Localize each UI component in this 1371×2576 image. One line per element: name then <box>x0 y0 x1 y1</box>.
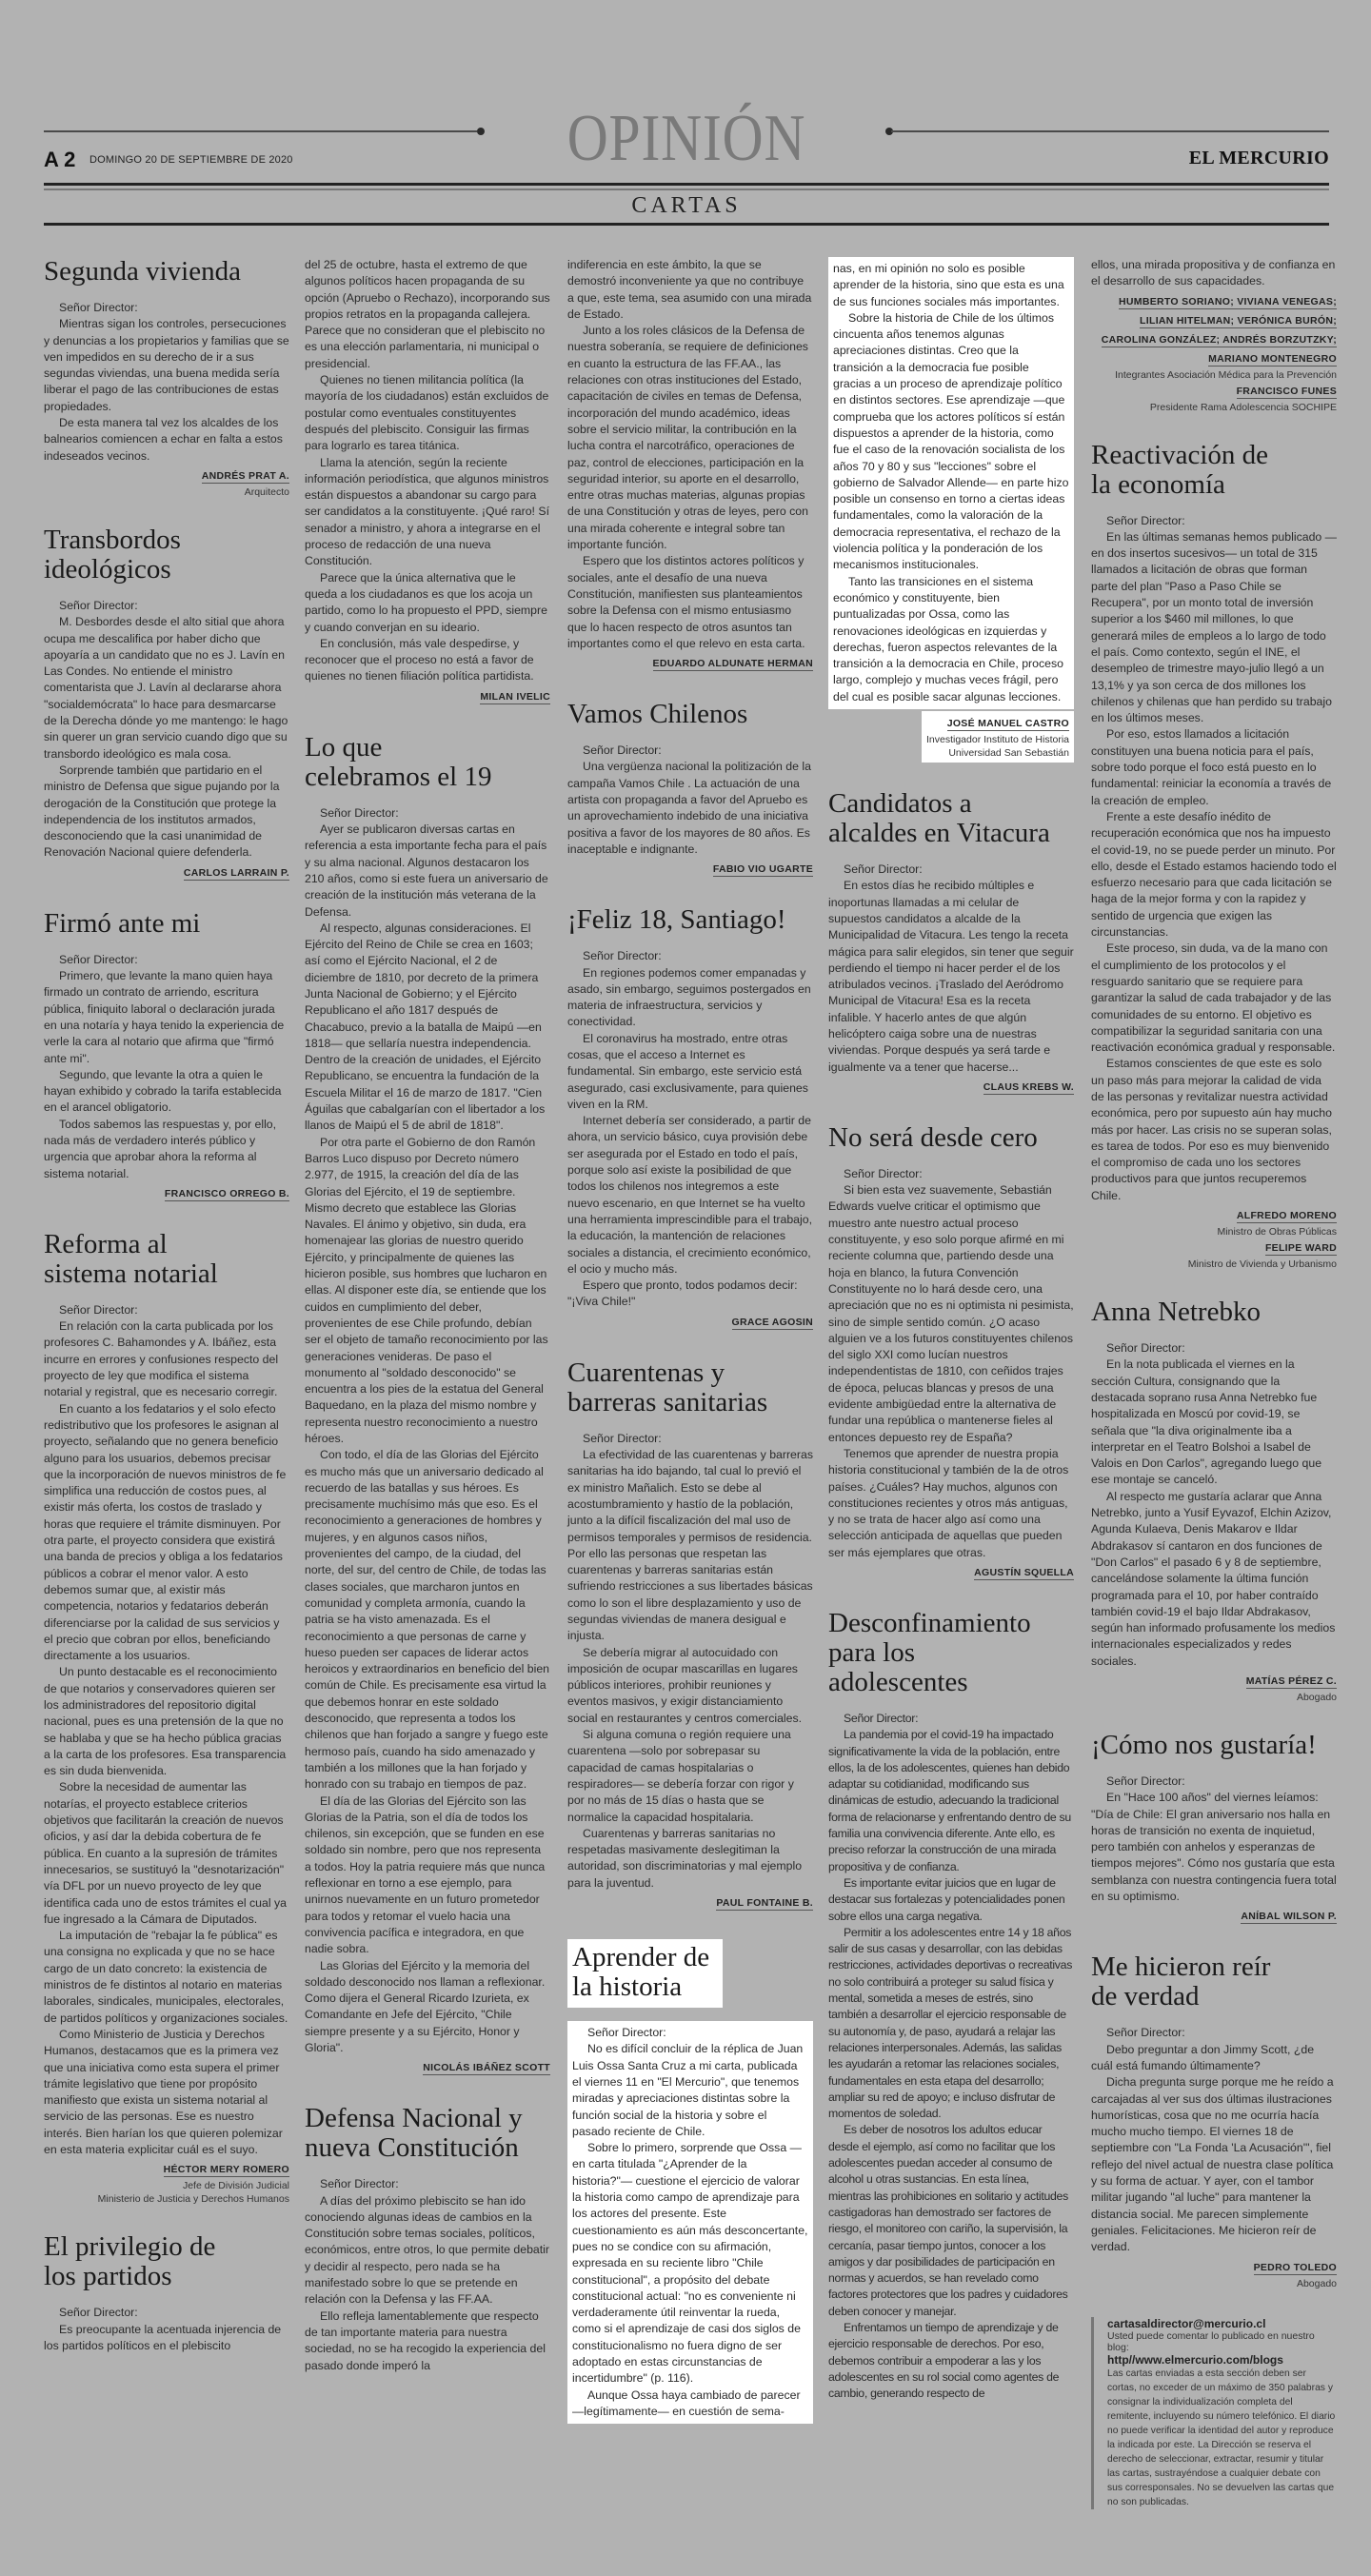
author-name: CLAUS KREBS W. <box>984 1081 1074 1095</box>
letter-paragraph: El día de las Glorias del Ejército son l… <box>305 1793 550 1958</box>
letter-signature: ANÍBAL WILSON P. <box>1091 1907 1337 1926</box>
letter-signature: ANDRÉS PRAT A. Arquitecto <box>44 466 289 499</box>
author-name: FABIO VIO UGARTE <box>713 863 813 877</box>
letter-paragraph: Sobre la necesidad de aumentar las notar… <box>44 1779 289 1928</box>
letter-paragraph: En conclusión, más vale despedirse, y re… <box>305 636 550 685</box>
letter-paragraph: En regiones podemos comer empanadas y as… <box>567 965 813 1031</box>
letter-greeting: Señor Director: <box>44 1302 289 1318</box>
letter-signature: GRACE AGOSIN <box>567 1313 813 1332</box>
letter-greeting: Señor Director: <box>572 2025 808 2041</box>
author-title: Abogado <box>1091 2277 1337 2290</box>
author-name: CARLOS LARRAIN P. <box>184 867 289 881</box>
letter-paragraph: En cuanto a los fedatarios y el solo efe… <box>44 1401 289 1665</box>
letter-greeting: Señor Director: <box>305 2176 550 2192</box>
letter-paragraph: Quienes no tienen militancia política (l… <box>305 372 550 454</box>
letter-headline: Aprender de la historia <box>572 1943 715 2002</box>
author-name: MATÍAS PÉREZ C. <box>1246 1675 1337 1689</box>
author-name: AGUSTÍN SQUELLA <box>974 1567 1074 1580</box>
author-title: Jefe de División Judicial <box>44 2179 289 2192</box>
letter-paragraph: Internet debería ser considerado, a part… <box>567 1113 813 1278</box>
letter-headline: Lo que celebramos el 19 <box>305 733 505 792</box>
letter-headline: ¡Feliz 18, Santiago! <box>567 905 813 935</box>
author-name: FRANCISCO FUNES <box>1237 386 1337 399</box>
letter-paragraph: Dicha pregunta surge porque me he reído … <box>1091 2074 1337 2255</box>
letter-headline: Reforma al sistema notarial <box>44 1230 234 1289</box>
letter-paragraph: La imputación de "rebajar la fe pública"… <box>44 1928 289 2027</box>
letter-reactivacion-economia: Reactivación de la economía Señor Direct… <box>1091 441 1337 1271</box>
letter-firmo-ante-mi: Firmó ante mi Señor Director: Primero, q… <box>44 909 289 1203</box>
letter-paragraph: Por eso, estos llamados a licitación con… <box>1091 726 1337 808</box>
letter-vamos-chilenos: Vamos Chilenos Señor Director: Una vergü… <box>567 700 813 879</box>
letter-greeting: Señor Director: <box>305 805 550 822</box>
author-title: Abogado <box>1091 1691 1337 1704</box>
letter-paragraph: Todos sabemos las respuestas y, por ello… <box>44 1117 289 1182</box>
letter-privilegio-partidos: El privilegio de los partidos Señor Dire… <box>44 2232 289 2354</box>
divider <box>44 183 1329 186</box>
letter-paragraph: No es difícil concluir de la réplica de … <box>572 2041 808 2140</box>
column-3: indiferencia en este ámbito, la que se d… <box>567 257 813 2450</box>
author-name: HUMBERTO SORIANO; VIVIANA VENEGAS; <box>1119 296 1337 309</box>
letter-paragraph: Es deber de nosotros los adultos educar … <box>828 2122 1074 2320</box>
letter-greeting: Señor Director: <box>828 1166 1074 1182</box>
author-name: NICOLÁS IBÁÑEZ SCOTT <box>423 2062 550 2075</box>
letter-paragraph: Como Ministerio de Justicia y Derechos H… <box>44 2027 289 2158</box>
letter-body: Señor Director: A días del próximo plebi… <box>305 2176 550 2374</box>
letter-greeting: Señor Director: <box>1091 1773 1337 1790</box>
letter-headline: ¡Cómo nos gustaría! <box>1091 1731 1337 1760</box>
divider <box>44 223 1329 226</box>
author-name: CAROLINA GONZÁLEZ; ANDRÉS BORZUTZKY; <box>1102 334 1337 347</box>
letter-headline: Reactivación de la economía <box>1091 441 1291 500</box>
letter-greeting: Señor Director: <box>828 1711 1074 1727</box>
letter-signature: AGUSTÍN SQUELLA <box>828 1563 1074 1582</box>
letter-paragraph: Al respecto, algunas consideraciones. El… <box>305 921 550 1135</box>
author-title: Ministro de Vivienda y Urbanismo <box>1091 1258 1337 1271</box>
letter-paragraph: Permitir a los adolescentes entre 14 y 1… <box>828 1925 1074 2123</box>
author-name: JOSÉ MANUEL CASTRO <box>947 718 1069 731</box>
letter-paragraph: En la nota publicada el viernes en la se… <box>1091 1357 1337 1488</box>
letter-greeting: Señor Director: <box>44 952 289 968</box>
letter-paragraph: La pandemia por el covid-19 ha impactado… <box>828 1727 1074 1875</box>
column-5: ellos, una mirada propositiva y de confi… <box>1091 257 1337 2509</box>
letter-defensa-nacional-continued: indiferencia en este ámbito, la que se d… <box>567 257 813 673</box>
letter-body: Señor Director: En la nota publicada el … <box>1091 1340 1337 1670</box>
letter-desconfinamiento: Desconfinamiento para los adolescentes S… <box>828 1609 1074 2402</box>
letter-body: Señor Director: La efectividad de las cu… <box>567 1431 813 1892</box>
letter-paragraph: Se debería migrar al autocuidado con imp… <box>567 1645 813 1727</box>
letter-signature: MILAN IVELIC <box>305 687 550 706</box>
letter-signature: MATÍAS PÉREZ C. Abogado <box>1091 1672 1337 1704</box>
letter-greeting: Señor Director: <box>1091 1340 1337 1357</box>
letter-paragraph: Espero que pronto, todos podamos decir: … <box>567 1278 813 1311</box>
masthead-rule-right <box>891 130 1329 132</box>
letter-candidatos-vitacura: Candidatos a alcaldes en Vitacura Señor … <box>828 789 1074 1097</box>
letter-body: Señor Director: En relación con la carta… <box>44 1302 289 2158</box>
letter-body: Señor Director: Debo preguntar a don Jim… <box>1091 2025 1337 2255</box>
letter-defensa-nacional: Defensa Nacional y nueva Constitución Se… <box>305 2104 550 2374</box>
letter-signature: ALFREDO MORENO Ministro de Obras Pública… <box>1091 1206 1337 1271</box>
letter-anna-netrebko: Anna Netrebko Señor Director: En la nota… <box>1091 1298 1337 1704</box>
letter-paragraph: Un punto destacable es el reconocimiento… <box>44 1664 289 1779</box>
letter-paragraph: Estamos conscientes de que este es solo … <box>1091 1056 1337 1204</box>
letter-greeting: Señor Director: <box>1091 513 1337 529</box>
submission-info-box: cartasaldirector@mercurio.cl Usted puede… <box>1091 2317 1337 2509</box>
letter-signature: HÉCTOR MERY ROMERO Jefe de División Judi… <box>44 2160 289 2206</box>
letter-body: Señor Director: En "Hace 100 años" del v… <box>1091 1773 1337 1905</box>
letter-paragraph: Tanto las transiciones en el sistema eco… <box>833 574 1069 705</box>
letter-paragraph: Tenemos que aprender de nuestra propia h… <box>828 1446 1074 1561</box>
author-name: GRACE AGOSIN <box>732 1317 813 1330</box>
author-name: HÉCTOR MERY ROMERO <box>164 2164 289 2177</box>
letter-body: del 25 de octubre, hasta el extremo de q… <box>305 257 550 685</box>
letter-headline: Transbordos ideológicos <box>44 525 234 585</box>
letter-aprender-historia-continued: nas, en mi opinión no solo es posible ap… <box>828 257 1074 763</box>
letter-reforma-notarial: Reforma al sistema notarial Señor Direct… <box>44 1230 289 2206</box>
contact-email-link[interactable]: cartasaldirector@mercurio.cl <box>1107 2317 1337 2330</box>
column-2: del 25 de octubre, hasta el extremo de q… <box>305 257 550 2401</box>
author-name: LILIAN HITELMAN; VERÓNICA BURÓN; <box>1140 315 1337 328</box>
letter-privilegio-partidos-continued: del 25 de octubre, hasta el extremo de q… <box>305 257 550 706</box>
author-name: PAUL FONTAINE B. <box>716 1897 813 1911</box>
letter-signature: CARLOS LARRAIN P. <box>44 863 289 882</box>
newspaper-logo: EL MERCURIO <box>1189 148 1329 169</box>
author-organization: Universidad San Sebastián <box>926 746 1069 760</box>
highlighted-headline: Aprender de la historia <box>567 1939 723 2008</box>
author-title: Integrantes Asociación Médica para la Pr… <box>1091 368 1337 382</box>
letter-body: ellos, una mirada propositiva y de confi… <box>1091 257 1337 290</box>
letter-paragraph: Con todo, el día de las Glorias del Ejér… <box>305 1447 550 1793</box>
letter-paragraph: Si bien esta vez suavemente, Sebastián E… <box>828 1182 1074 1446</box>
letter-headline: Vamos Chilenos <box>567 700 813 729</box>
letter-body: Señor Director: En estos días he recibid… <box>828 862 1074 1076</box>
letter-headline: No será desde cero <box>828 1123 1074 1153</box>
letter-feliz-18: ¡Feliz 18, Santiago! Señor Director: En … <box>567 905 813 1332</box>
author-organization: Ministerio de Justicia y Derechos Humano… <box>44 2192 289 2206</box>
blog-url-link[interactable]: http//www.elmercurio.com/blogs <box>1107 2353 1337 2367</box>
letter-paragraph: En "Hace 100 años" del viernes leíamos: … <box>1091 1790 1337 1905</box>
letter-paragraph: Ello refleja lamentablemente que respect… <box>305 2308 550 2374</box>
letter-greeting: Señor Director: <box>567 743 813 759</box>
letter-paragraph: ellos, una mirada propositiva y de confi… <box>1091 257 1337 290</box>
letter-body: Señor Director: La pandemia por el covid… <box>828 1711 1074 2402</box>
letter-greeting: Señor Director: <box>1091 2025 1337 2041</box>
letter-headline: Desconfinamiento para los adolescentes <box>828 1609 1047 1697</box>
letter-paragraph: En las últimas semanas hemos publicado —… <box>1091 529 1337 727</box>
letter-paragraph: Ayer se publicaron diversas cartas en re… <box>305 822 550 921</box>
letter-paragraph: Llama la atención, según la reciente inf… <box>305 455 550 570</box>
letter-paragraph: Si alguna comuna o región requiere una c… <box>567 1727 813 1826</box>
letter-body: Señor Director: Ayer se publicaron diver… <box>305 805 550 2057</box>
letter-cuarentenas: Cuarentenas y barreras sanitarias Señor … <box>567 1358 813 1912</box>
issue-date: DOMINGO 20 DE SEPTIEMBRE DE 2020 <box>89 154 293 166</box>
letter-no-sera-desde-cero: No será desde cero Señor Director: Si bi… <box>828 1123 1074 1582</box>
letter-signature: CLAUS KREBS W. <box>828 1078 1074 1097</box>
letter-body: Señor Director: Primero, que levante la … <box>44 952 289 1182</box>
letter-paragraph: Al respecto me gustaría aclarar que Anna… <box>1091 1489 1337 1670</box>
letter-paragraph: Aunque Ossa haya cambiado de parecer —le… <box>572 2388 808 2421</box>
letter-headline: Cuarentenas y barreras sanitarias <box>567 1358 786 1417</box>
letter-signature: PAUL FONTAINE B. <box>567 1893 813 1912</box>
letter-paragraph: del 25 de octubre, hasta el extremo de q… <box>305 257 550 372</box>
letter-headline: El privilegio de los partidos <box>44 2232 234 2291</box>
letter-paragraph: Primero, que levante la mano quien haya … <box>44 968 289 1067</box>
highlighted-letter-body: nas, en mi opinión no solo es posible ap… <box>828 257 1074 709</box>
author-name: MILAN IVELIC <box>480 691 550 704</box>
letter-body: Señor Director: En regiones podemos come… <box>567 948 813 1311</box>
letter-signature: PEDRO TOLEDO Abogado <box>1091 2258 1337 2290</box>
letter-greeting: Señor Director: <box>44 2305 289 2321</box>
masthead: OPINIÓN A 2 DOMINGO 20 DE SEPTIEMBRE DE … <box>44 95 1329 228</box>
letter-paragraph: Es preocupante la acentuada injerencia d… <box>44 2322 289 2355</box>
letter-headline: Defensa Nacional y nueva Constitución <box>305 2104 550 2163</box>
letter-paragraph: Es importante evitar juicios que en luga… <box>828 1875 1074 1925</box>
letter-greeting: Señor Director: <box>567 948 813 964</box>
letter-greeting: Señor Director: <box>44 300 289 316</box>
letter-body: indiferencia en este ámbito, la que se d… <box>567 257 813 652</box>
letter-paragraph: nas, en mi opinión no solo es posible ap… <box>833 261 1069 310</box>
highlighted-letter-body: Señor Director: No es difícil concluir d… <box>567 2021 813 2424</box>
column-4: nas, en mi opinión no solo es posible ap… <box>828 257 1074 2428</box>
letter-body: Señor Director: Es preocupante la acentu… <box>44 2305 289 2354</box>
letter-paragraph: Sorprende también que partidario en el m… <box>44 763 289 862</box>
author-title: Investigador Instituto de Historia <box>926 733 1069 746</box>
author-name: EDUARDO ALDUNATE HERMAN <box>653 658 813 671</box>
letter-paragraph: La efectividad de las cuarentenas y barr… <box>567 1447 813 1645</box>
submission-rules: Las cartas enviadas a esta sección deben… <box>1107 2367 1337 2509</box>
letter-headline: Candidatos a alcaldes en Vitacura <box>828 789 1057 848</box>
highlighted-signature: JOSÉ MANUEL CASTRO Investigador Institut… <box>922 711 1074 763</box>
letter-body: Señor Director: Mientras sigan los contr… <box>44 300 289 465</box>
letter-paragraph: indiferencia en este ámbito, la que se d… <box>567 257 813 323</box>
blog-note: Usted puede comentar lo publicado en nue… <box>1107 2330 1337 2353</box>
letter-greeting: Señor Director: <box>44 598 289 614</box>
letter-signature: JOSÉ MANUEL CASTRO Investigador Institut… <box>828 711 1074 763</box>
letter-lo-que-celebramos: Lo que celebramos el 19 Señor Director: … <box>305 733 550 2078</box>
letter-paragraph: Cuarentenas y barreras sanitarias no res… <box>567 1826 813 1892</box>
letter-paragraph: Una vergüenza nacional la politización d… <box>567 759 813 858</box>
letter-body: Señor Director: M. Desbordes desde el al… <box>44 598 289 862</box>
letter-paragraph: Debo preguntar a don Jimmy Scott, ¿de cu… <box>1091 2042 1337 2075</box>
letter-paragraph: En relación con la carta publicada por l… <box>44 1318 289 1400</box>
letter-greeting: Señor Director: <box>828 862 1074 878</box>
letter-paragraph: En estos días he recibido múltiples e in… <box>828 878 1074 1076</box>
letter-headline: Me hicieron reír de verdad <box>1091 1952 1282 2011</box>
letter-paragraph: De esta manera tal vez los alcaldes de l… <box>44 415 289 465</box>
letter-signature: NICOLÁS IBÁÑEZ SCOTT <box>305 2058 550 2077</box>
letter-paragraph: Por otra parte el Gobierno de don Ramón … <box>305 1135 550 1448</box>
letter-paragraph: Frente a este desafío inédito de recuper… <box>1091 809 1337 941</box>
letter-body: Señor Director: Una vergüenza nacional l… <box>567 743 813 858</box>
page-number: A 2 <box>44 148 75 172</box>
author-name: FRANCISCO ORREGO B. <box>165 1188 289 1201</box>
letter-desconfinamiento-continued: ellos, una mirada propositiva y de confi… <box>1091 257 1337 414</box>
author-name: ANDRÉS PRAT A. <box>202 470 289 484</box>
letter-como-nos-gustaria: ¡Cómo nos gustaría! Señor Director: En "… <box>1091 1731 1337 1926</box>
letter-signature: EDUARDO ALDUNATE HERMAN <box>567 654 813 673</box>
letter-greeting: Señor Director: <box>567 1431 813 1447</box>
author-name: FELIPE WARD <box>1265 1242 1337 1256</box>
letter-headline: Anna Netrebko <box>1091 1298 1337 1327</box>
letter-paragraph: Sobre lo primero, sorprende que Ossa —en… <box>572 2140 808 2387</box>
letter-body: Señor Director: Si bien esta vez suaveme… <box>828 1166 1074 1561</box>
letter-paragraph: Mientras sigan los controles, persecucio… <box>44 316 289 415</box>
letter-paragraph: Espero que los distintos actores polític… <box>567 553 813 652</box>
letter-signature: HUMBERTO SORIANO; VIVIANA VENEGAS; LILIA… <box>1091 292 1337 414</box>
letter-paragraph: Las Glorias del Ejército y la memoria de… <box>305 1958 550 2057</box>
letter-transbordos: Transbordos ideológicos Señor Director: … <box>44 525 289 882</box>
column-1: Segunda vivienda Señor Director: Mientra… <box>44 257 289 2381</box>
letter-aprender-historia: Aprender de la historia Señor Director: … <box>567 1939 813 2424</box>
author-title: Arquitecto <box>44 485 289 499</box>
letter-me-hicieron-reir: Me hicieron reír de verdad Señor Directo… <box>1091 1952 1337 2289</box>
letter-headline: Segunda vivienda <box>44 257 289 287</box>
letter-paragraph: Parece que la única alternativa que le q… <box>305 570 550 636</box>
letter-body: Señor Director: En las últimas semanas h… <box>1091 513 1337 1204</box>
letter-headline: Firmó ante mi <box>44 909 289 939</box>
author-name: ANÍBAL WILSON P. <box>1241 1911 1337 1924</box>
letter-signature: FABIO VIO UGARTE <box>567 860 813 879</box>
author-title: Ministro de Obras Públicas <box>1091 1225 1337 1238</box>
letter-paragraph: Sobre la historia de Chile de los último… <box>833 310 1069 574</box>
author-name: ALFREDO MORENO <box>1237 1210 1337 1223</box>
letter-paragraph: Enfrentamos un tiempo de aprendizaje y d… <box>828 2320 1074 2402</box>
author-name: MARIANO MONTENEGRO <box>1208 353 1337 367</box>
subsection-title: CARTAS <box>44 193 1329 219</box>
letter-paragraph: M. Desbordes desde el alto sitial que ah… <box>44 614 289 763</box>
letter-signature: FRANCISCO ORREGO B. <box>44 1184 289 1203</box>
section-title: OPINIÓN <box>140 103 1233 175</box>
letter-paragraph: Junto a los roles clásicos de la Defensa… <box>567 323 813 553</box>
author-title: Presidente Rama Adolescencia SOCHIPE <box>1091 401 1337 414</box>
letter-paragraph: Este proceso, sin duda, va de la mano co… <box>1091 941 1337 1056</box>
author-name: PEDRO TOLEDO <box>1254 2262 1337 2275</box>
letter-segunda-vivienda: Segunda vivienda Señor Director: Mientra… <box>44 257 289 499</box>
letter-paragraph: El coronavirus ha mostrado, entre otras … <box>567 1031 813 1113</box>
letter-paragraph: A días del próximo plebiscito se han ido… <box>305 2193 550 2308</box>
divider <box>44 188 1329 190</box>
letter-paragraph: Segundo, que levante la otra a quien le … <box>44 1067 289 1117</box>
